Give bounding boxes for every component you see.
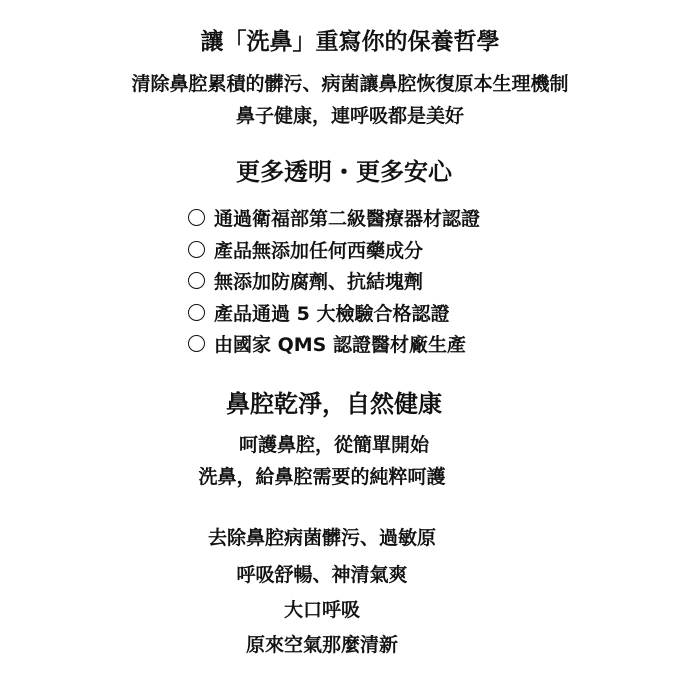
health-line-1: 呵護鼻腔，從簡單開始: [0, 436, 684, 455]
section-heading-health: 鼻腔乾淨，自然健康: [0, 392, 684, 416]
list-item: 通過衛福部第二級醫療器材認證: [188, 202, 480, 234]
section-heading-transparency: 更多透明・更多安心: [0, 160, 694, 184]
list-item: 由國家 QMS 認證醫材廠生產: [188, 328, 480, 360]
circle-outline-icon: [188, 209, 205, 226]
page-title: 讓「洗鼻」重寫你的保養哲學: [0, 31, 700, 54]
intro-line-2: 鼻子健康，連呼吸都是美好: [0, 107, 700, 126]
list-item-label: 無添加防腐劑、抗結塊劑: [214, 267, 423, 294]
circle-outline-icon: [188, 241, 205, 258]
health-line-2: 洗鼻，給鼻腔需要的純粹呵護: [0, 468, 672, 487]
benefit-line-1: 去除鼻腔病菌髒污、過敏原: [0, 529, 672, 548]
circle-outline-icon: [188, 272, 205, 289]
list-item: 產品無添加任何西藥成分: [188, 234, 480, 266]
benefit-line-4: 原來空氣那麼清新: [0, 636, 672, 655]
feature-list: 通過衛福部第二級醫療器材認證 產品無添加任何西藥成分 無添加防腐劑、抗結塊劑 產…: [188, 202, 480, 360]
benefit-line-3: 大口呼吸: [0, 601, 672, 620]
intro-line-1: 清除鼻腔累積的髒污、病菌讓鼻腔恢復原本生理機制: [0, 75, 700, 94]
list-item: 產品通過 5 大檢驗合格認證: [188, 297, 480, 329]
list-item-label: 通過衛福部第二級醫療器材認證: [214, 204, 480, 231]
list-item-label: 產品通過 5 大檢驗合格認證: [214, 299, 449, 326]
benefit-line-2: 呼吸舒暢、神清氣爽: [0, 566, 672, 585]
circle-outline-icon: [188, 304, 205, 321]
list-item: 無添加防腐劑、抗結塊劑: [188, 265, 480, 297]
list-item-label: 由國家 QMS 認證醫材廠生產: [214, 330, 466, 357]
list-item-label: 產品無添加任何西藥成分: [214, 236, 423, 263]
circle-outline-icon: [188, 335, 205, 352]
